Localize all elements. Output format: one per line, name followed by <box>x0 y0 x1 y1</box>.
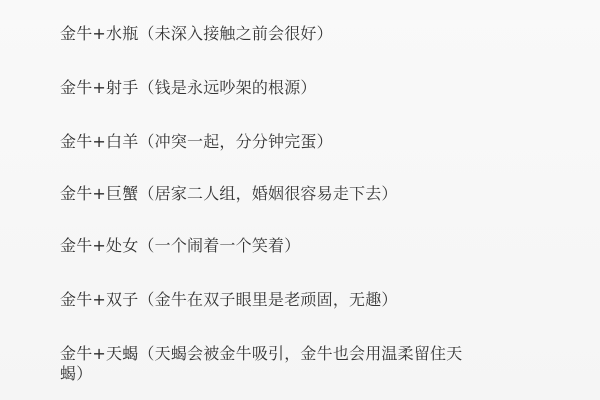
pair-note: （一个闹着一个笑着） <box>138 236 300 255</box>
zodiac-pair: 金牛+处女 <box>60 236 138 255</box>
pair-note: （未深入接触之前会很好） <box>138 24 332 43</box>
list-item: 金牛+天蝎（天蝎会被金牛吸引，金牛也会用温柔留住天蝎） <box>60 344 470 384</box>
zodiac-pair: 金牛+射手 <box>60 78 138 97</box>
pair-note: （钱是永远吵架的根源） <box>138 78 316 97</box>
pair-note: （冲突一起，分分钟完蛋） <box>138 132 332 151</box>
zodiac-pair: 金牛+水瓶 <box>60 24 138 43</box>
pair-note: （金牛在双子眼里是老顽固，无趣） <box>138 290 397 309</box>
zodiac-pair: 金牛+白羊 <box>60 132 138 151</box>
list-item: 金牛+双子（金牛在双子眼里是老顽固，无趣） <box>60 290 480 310</box>
list-item: 金牛+巨蟹（居家二人组，婚姻很容易走下去） <box>60 184 480 204</box>
zodiac-pair: 金牛+双子 <box>60 290 138 309</box>
list-item: 金牛+射手（钱是永远吵架的根源） <box>60 78 480 98</box>
zodiac-pair: 金牛+巨蟹 <box>60 184 138 203</box>
zodiac-pair: 金牛+天蝎 <box>60 344 138 363</box>
pair-note: （居家二人组，婚姻很容易走下去） <box>138 184 397 203</box>
list-item: 金牛+白羊（冲突一起，分分钟完蛋） <box>60 132 480 152</box>
list-item: 金牛+处女（一个闹着一个笑着） <box>60 236 480 256</box>
list-item: 金牛+水瓶（未深入接触之前会很好） <box>60 24 480 44</box>
document-page: 金牛+水瓶（未深入接触之前会很好） 金牛+射手（钱是永远吵架的根源） 金牛+白羊… <box>0 0 600 400</box>
